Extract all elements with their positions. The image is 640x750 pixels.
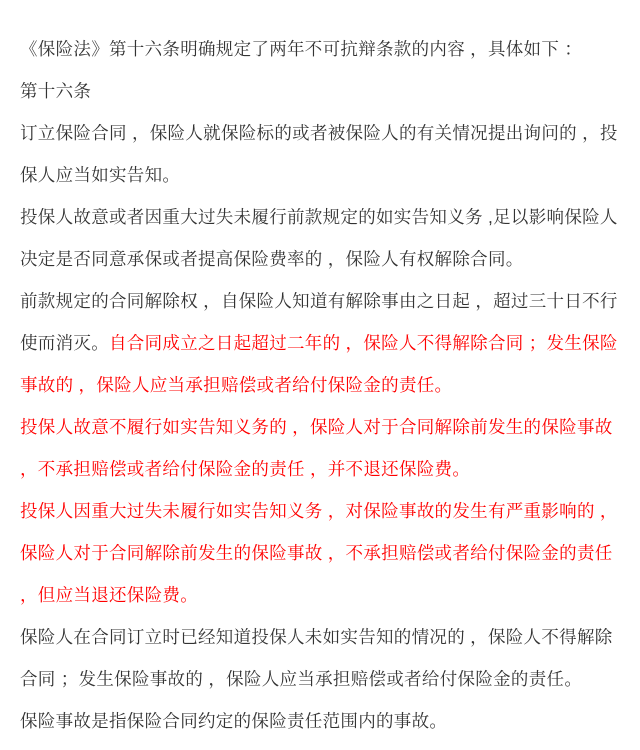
clause-3: 前款规定的合同解除权 ，自保险人知道有解除事由之日起 ，超过三十日不行使而消灭。… bbox=[20, 280, 624, 406]
article-heading: 第十六条 bbox=[20, 70, 624, 112]
clause-6: 保险人在合同订立时已经知道投保人未如实告知的情况的 ，保险人不得解除合同 ；发生… bbox=[20, 616, 624, 700]
article-body: 《保险法》第十六条明确规定了两年不可抗辩条款的内容 ，具体如下 ： 第十六条 订… bbox=[0, 0, 640, 742]
clause-5: 投保人因重大过失未履行如实告知义务 ，对保险事故的发生有严重影响的 ，保险人对于… bbox=[20, 490, 624, 616]
clause-5-text-red-highlight: 投保人因重大过失未履行如实告知义务 ，对保险事故的发生有严重影响的 ，保险人对于… bbox=[20, 501, 618, 605]
clause-7-text: 保险事故是指保险合同约定的保险责任范围内的事故。 bbox=[20, 711, 447, 731]
clause-1: 订立保险合同 ，保险人就保险标的或者被保险人的有关情况提出询问的 ，投保人应当如… bbox=[20, 112, 624, 196]
clause-7: 保险事故是指保险合同约定的保险责任范围内的事故。 bbox=[20, 700, 624, 742]
intro-text: 《保险法》第十六条明确规定了两年不可抗辩条款的内容 ，具体如下 ： bbox=[20, 39, 582, 59]
intro-line: 《保险法》第十六条明确规定了两年不可抗辩条款的内容 ，具体如下 ： bbox=[20, 28, 624, 70]
article-heading-text: 第十六条 bbox=[20, 81, 91, 101]
clause-4-text-red-highlight: 投保人故意不履行如实告知义务的 ，保险人对于合同解除前发生的保险事故 ，不承担赔… bbox=[20, 417, 613, 479]
clause-2: 投保人故意或者因重大过失未履行前款规定的如实告知义务 ,足以影响保险人决定是否同… bbox=[20, 196, 624, 280]
clause-6-text: 保险人在合同订立时已经知道投保人未如实告知的情况的 ，保险人不得解除合同 ；发生… bbox=[20, 627, 613, 689]
clause-3-text-red-highlight: 自合同成立之日起超过二年的 ，保险人不得解除合同 ；发生保险事故的 ，保险人应当… bbox=[20, 333, 618, 395]
clause-4: 投保人故意不履行如实告知义务的 ，保险人对于合同解除前发生的保险事故 ，不承担赔… bbox=[20, 406, 624, 490]
clause-1-text: 订立保险合同 ，保险人就保险标的或者被保险人的有关情况提出询问的 ，投保人应当如… bbox=[20, 123, 618, 185]
clause-2-text: 投保人故意或者因重大过失未履行前款规定的如实告知义务 ,足以影响保险人决定是否同… bbox=[20, 207, 618, 269]
